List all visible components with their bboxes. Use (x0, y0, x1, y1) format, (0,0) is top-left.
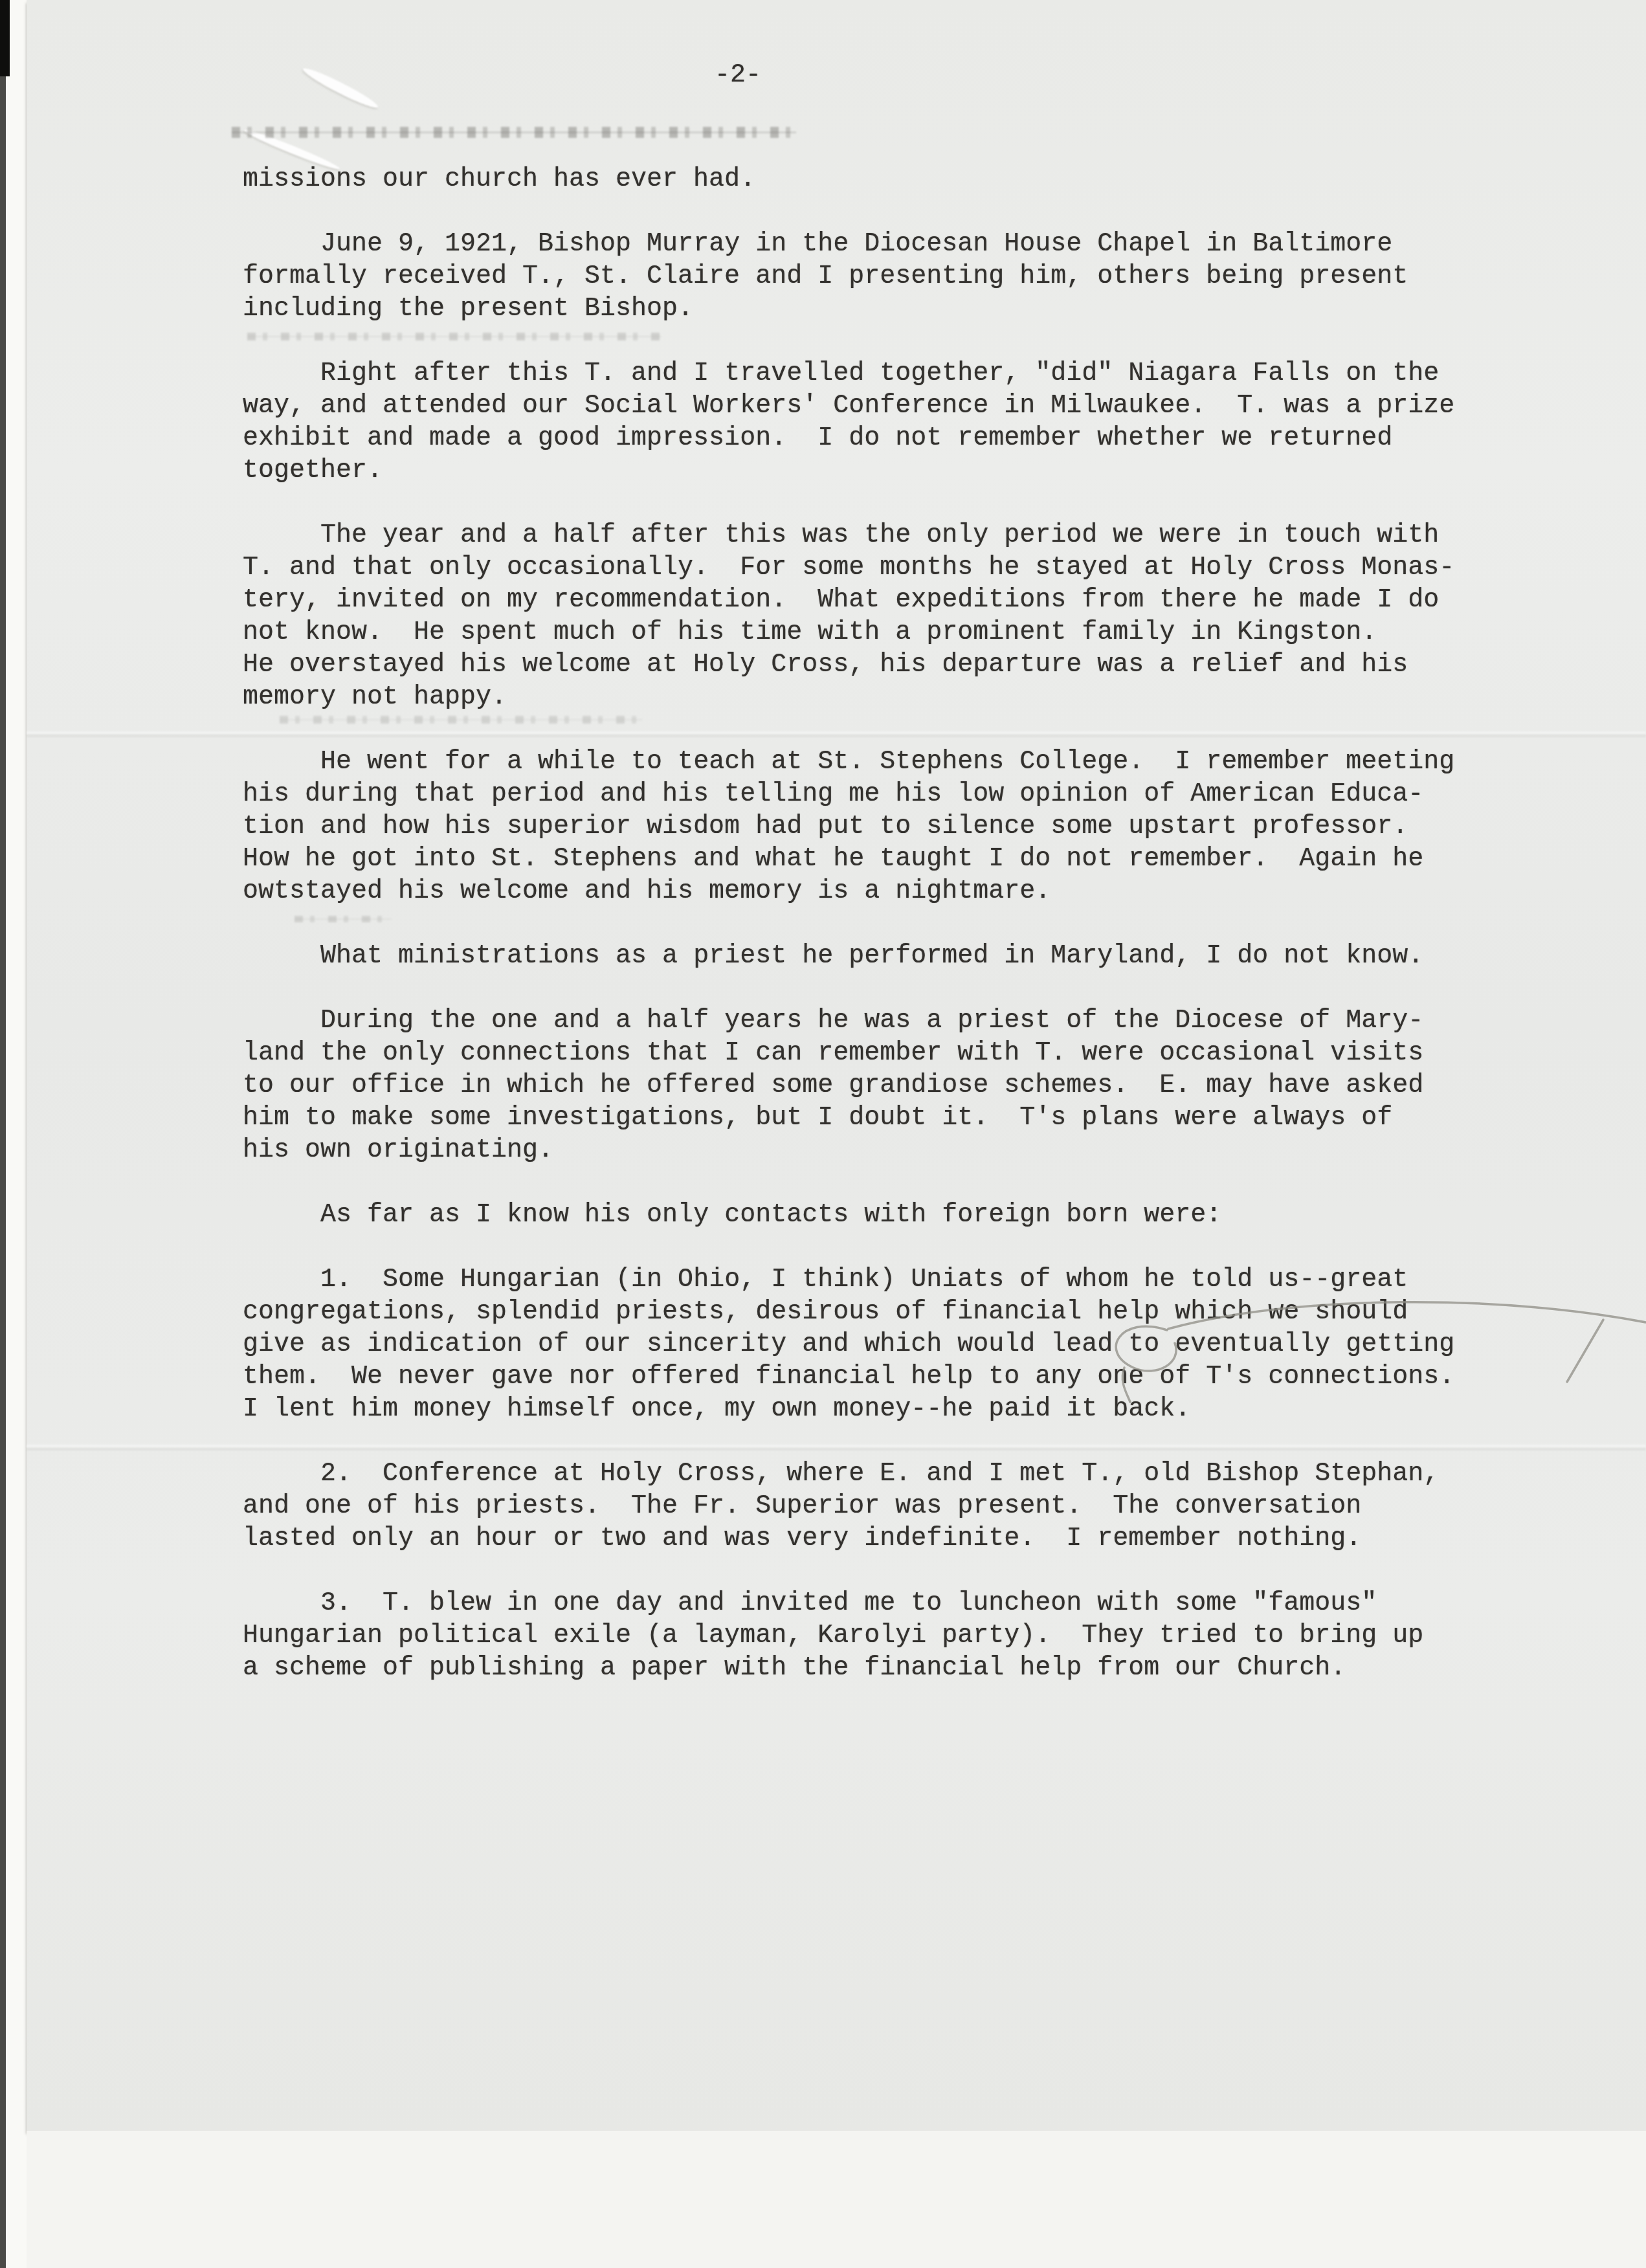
page-number: -2- (715, 60, 761, 92)
scan-background: { "document": { "page_number": "-2-", "p… (0, 0, 1646, 2268)
paragraph: 2. Conference at Holy Cross, where E. an… (243, 1458, 1502, 1555)
typed-text-column: missions our church has ever had. June 9… (243, 164, 1502, 1717)
paragraph: missions our church has ever had. (243, 164, 1502, 196)
paragraph: Right after this T. and I travelled toge… (243, 358, 1502, 487)
paper-crease (300, 64, 380, 111)
paragraph: 3. T. blew in one day and invited me to … (243, 1588, 1502, 1685)
paragraph: He went for a while to teach at St. Step… (243, 746, 1502, 908)
list-item-1-wrap: 1. Some Hungarian (in Ohio, I think) Uni… (243, 1264, 1502, 1426)
underlying-page-edge (6, 0, 27, 2268)
paragraph: What ministrations as a priest he perfor… (243, 940, 1502, 973)
underlying-page (27, 2131, 1646, 2268)
paragraph: 1. Some Hungarian (in Ohio, I think) Uni… (243, 1264, 1502, 1426)
scan-corner-mark (0, 0, 10, 76)
paragraph: As far as I know his only contacts with … (243, 1199, 1502, 1232)
ghost-type-impression (232, 127, 796, 138)
paragraph: During the one and a half years he was a… (243, 1005, 1502, 1167)
paragraph: The year and a half after this was the o… (243, 520, 1502, 714)
paragraph: June 9, 1921, Bishop Murray in the Dioce… (243, 228, 1502, 326)
scan-edge (0, 0, 6, 2268)
